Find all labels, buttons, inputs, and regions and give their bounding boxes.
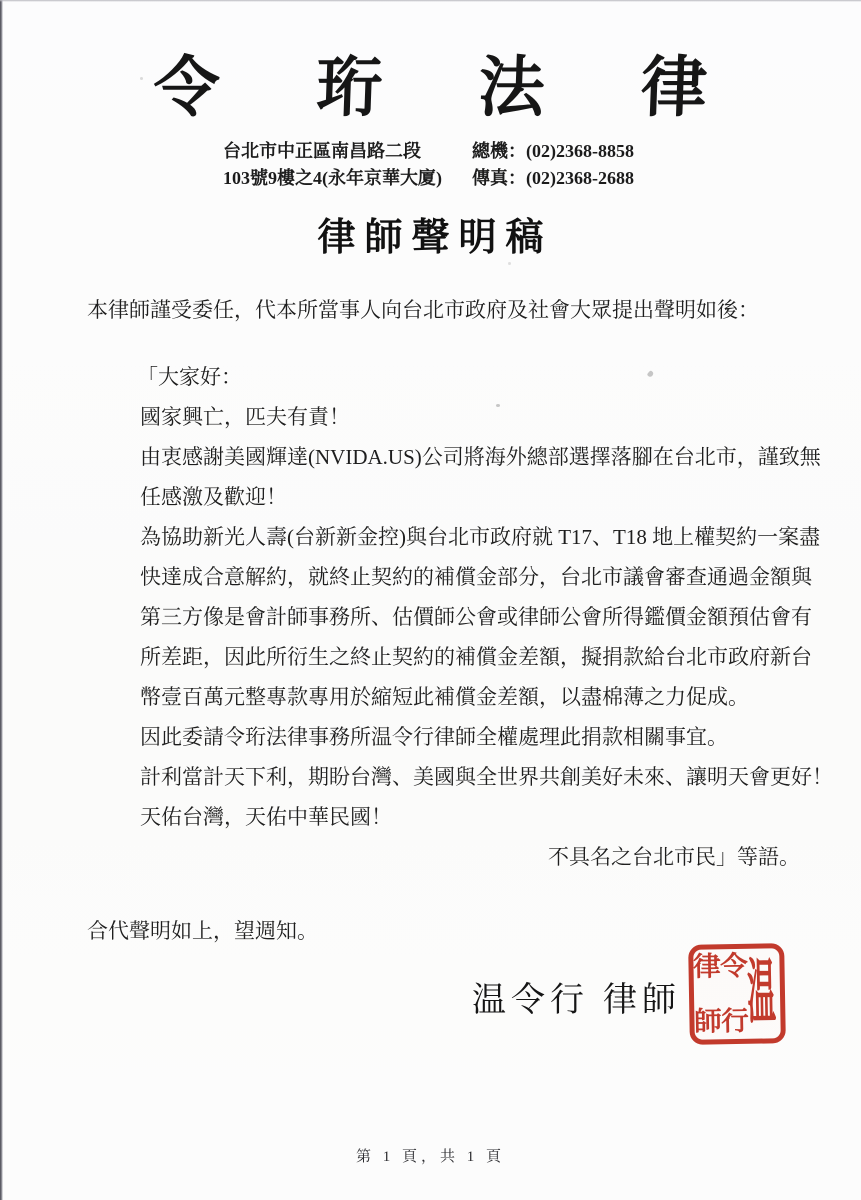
lawyer-seal-stamp: 温 令 行 律 師 <box>688 943 786 1045</box>
firm-address-line2: 103號9樓之4(永年京華大廈) <box>223 165 472 192</box>
statement-line: 為協助新光人壽(台新新金控)與台北市政府就 T17、T18 地上權契約一案盡 <box>140 517 800 557</box>
seal-column-middle: 令 行 <box>720 953 748 1035</box>
scan-speck <box>508 262 511 265</box>
seal-column-right: 温 <box>747 952 775 1034</box>
statement-line: 第三方像是會計師事務所、估價師公會或律師公會所得鑑價金額預估會有 <box>140 597 800 637</box>
lawyer-signature: 温令行律師 <box>472 972 681 1021</box>
scan-edge-artifact <box>0 0 861 2</box>
statement-line: 因此委請令珩法律事務所温令行律師全權處理此捐款相關事宜。 <box>140 717 800 757</box>
seal-character: 律 <box>693 953 721 980</box>
statement-line: 天佑台灣，天佑中華民國！ <box>140 797 800 837</box>
statement-line: 「大家好： <box>140 357 800 397</box>
intro-sentence: 本律師謹受委任，代本所當事人向台北市政府及社會大眾提出聲明如後： <box>87 294 759 324</box>
statement-line: 所差距，因此所衍生之終止契約的補償金差額，擬捐款給台北市政府新台 <box>140 637 800 677</box>
document-title: 律師聲明稿 <box>0 206 861 261</box>
statement-attribution: 不具名之台北市民」等語。 <box>140 837 800 877</box>
closing-sentence: 合代聲明如上，望週知。 <box>87 915 318 945</box>
statement-line: 由衷感謝美國輝達(NVIDA.US)公司將海外總部選擇落腳在台北市，謹致無 <box>140 437 800 477</box>
page-number-footer: 第 1 頁，共 1 頁 <box>0 1145 861 1166</box>
firm-address-line1: 台北市中正區南昌路二段 <box>223 138 472 165</box>
seal-column-left: 律 師 <box>693 953 721 1035</box>
firm-fax: 傳真：(02)2368-2688 <box>472 165 634 192</box>
statement-line: 計利當計天下利，期盼台灣、美國與全世界共創美好未來、讓明天會更好！ <box>140 757 800 797</box>
letterhead-contact-block: 台北市中正區南昌路二段 總機：(02)2368-8858 103號9樓之4(永年… <box>223 138 634 192</box>
statement-line: 任感激及歡迎！ <box>140 477 800 517</box>
statement-line: 快達成合意解約，就終止契約的補償金部分，台北市議會審查通過金額與 <box>140 557 800 597</box>
firm-name-calligraphy: 令 珩 法 律 <box>0 34 861 129</box>
seal-character: 行 <box>721 1008 749 1035</box>
seal-character: 師 <box>694 1008 722 1035</box>
scanned-letter-page: 令 珩 法 律 台北市中正區南昌路二段 總機：(02)2368-8858 103… <box>0 0 861 1200</box>
scan-edge-artifact <box>0 0 3 1200</box>
firm-phone: 總機：(02)2368-8858 <box>472 138 634 165</box>
statement-body: 「大家好： 國家興亡，匹夫有責！ 由衷感謝美國輝達(NVIDA.US)公司將海外… <box>140 357 800 877</box>
seal-character: 令 <box>720 953 748 980</box>
letterhead-row-1: 台北市中正區南昌路二段 總機：(02)2368-8858 <box>223 138 634 165</box>
seal-character: 温 <box>747 958 777 1029</box>
letterhead-row-2: 103號9樓之4(永年京華大廈) 傳真：(02)2368-2688 <box>223 165 634 192</box>
statement-line: 幣壹百萬元整專款專用於縮短此補償金差額，以盡棉薄之力促成。 <box>140 677 800 717</box>
lawyer-name: 温令行 <box>472 982 589 1019</box>
statement-line: 國家興亡，匹夫有責！ <box>140 397 800 437</box>
lawyer-title: 律師 <box>603 982 681 1019</box>
